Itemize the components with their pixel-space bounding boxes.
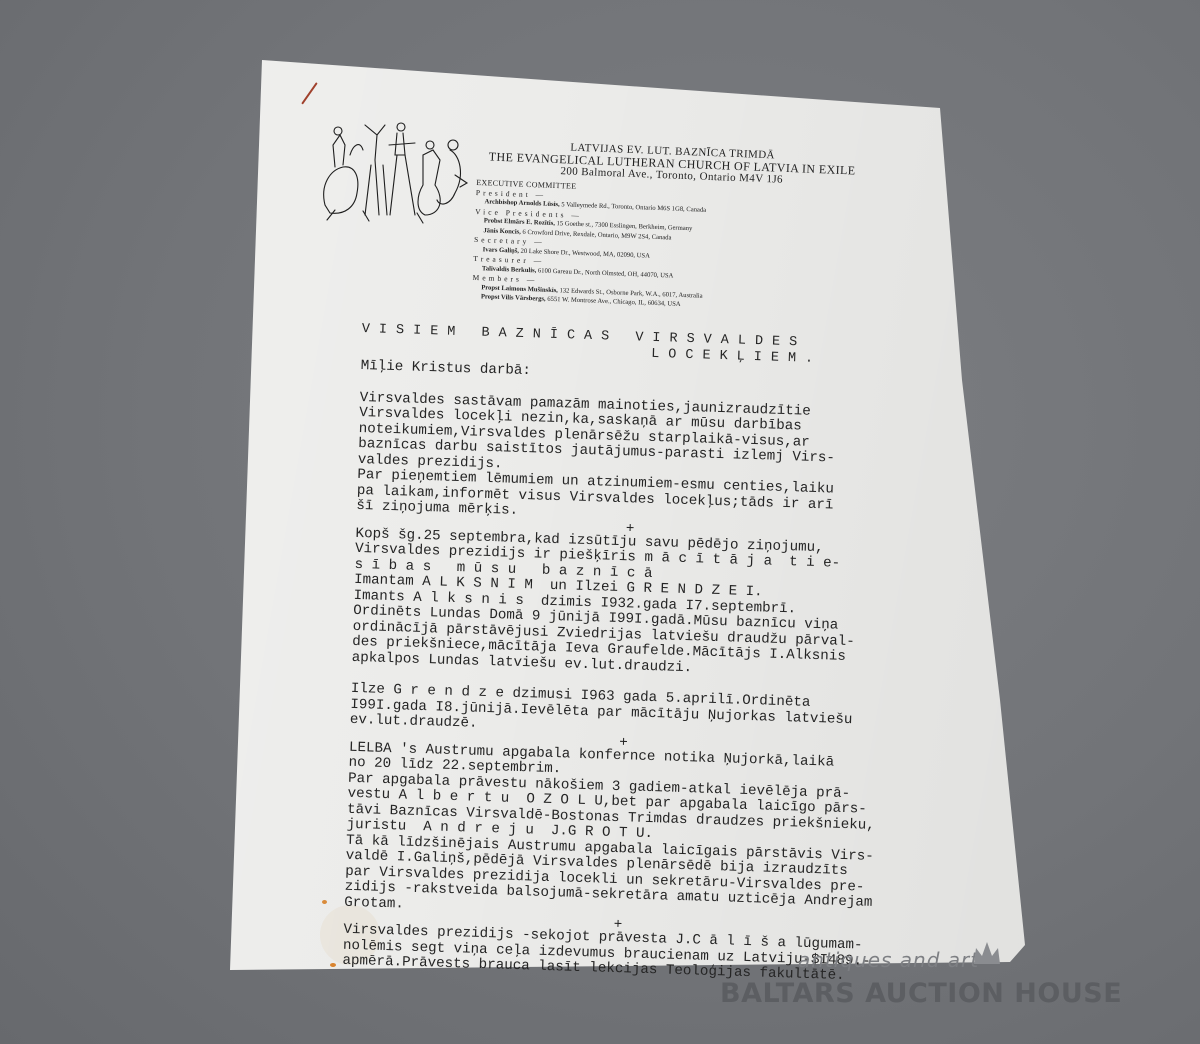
auction-house-watermark: antiques and art BALTARS AUCTION HOUSE	[720, 978, 1140, 1009]
letter-body: Virsvaldes sastāvam pamazām mainoties,ja…	[342, 390, 959, 987]
crown-icon	[972, 940, 1002, 966]
watermark-brand: BALTARS AUCTION HOUSE	[720, 978, 1140, 1009]
red-pen-mark	[301, 82, 318, 104]
dancing-figures-sketch-icon	[305, 115, 475, 225]
watermark-tagline: antiques and art	[798, 948, 979, 972]
typewritten-letter: VISIEM BAZNĪCAS VIRSVALDES LOCEKĻIEM. Mī…	[342, 322, 961, 988]
letterhead: LATVIJAS EV. LUT. BAZNĪCA TRIMDĀ THE EVA…	[472, 138, 868, 316]
executive-committee: EXECUTIVE COMMITTEE President — Archbish…	[472, 178, 866, 316]
